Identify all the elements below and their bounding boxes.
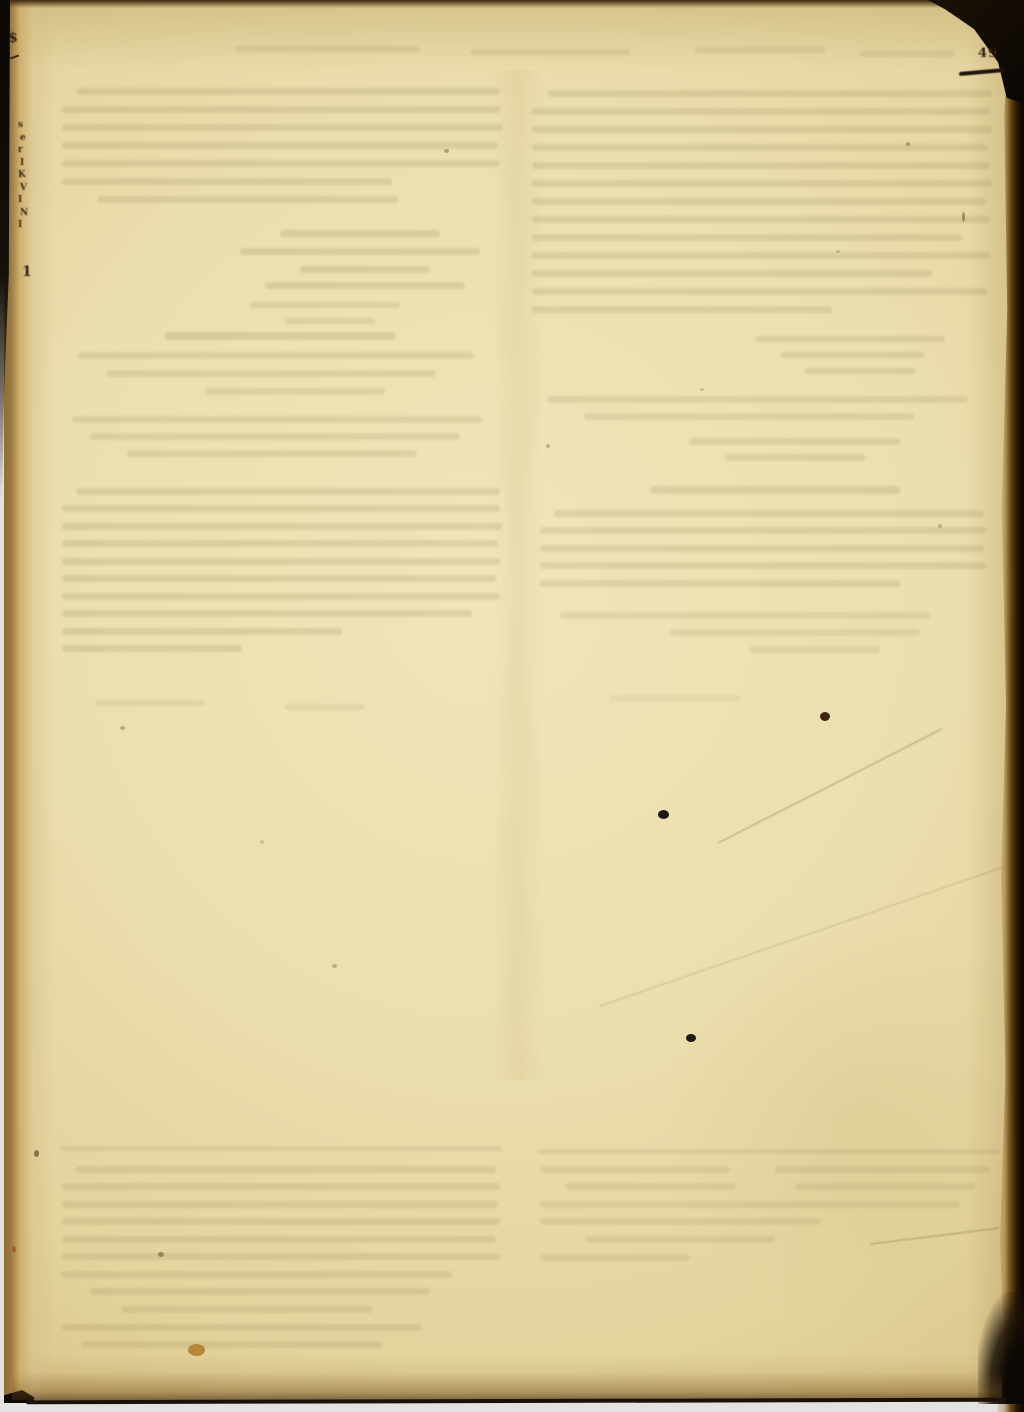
ghost-text-line (62, 645, 242, 652)
ghost-text-line (695, 47, 825, 53)
spine-glyph: e (20, 133, 26, 143)
ghost-text-line (540, 580, 900, 587)
ghost-text-line (240, 248, 480, 255)
spine-top-mark: $ (8, 30, 18, 46)
page-bottom-shadow (12, 1372, 1002, 1400)
spine-glyph: I (20, 158, 24, 168)
ghost-text-line (540, 1166, 730, 1173)
ghost-text-line (540, 1201, 960, 1208)
paper-speck (444, 149, 449, 153)
ghost-text-line (62, 1271, 452, 1278)
ghost-text-line (62, 178, 392, 185)
paper-speck (546, 444, 550, 448)
ghost-text-line (76, 1166, 496, 1173)
ghost-text-line (62, 1183, 500, 1190)
ghost-text-line (62, 610, 472, 617)
ghost-text-line (95, 700, 205, 706)
ghost-text-line (62, 540, 498, 547)
ghost-text-line (540, 1218, 820, 1225)
ghost-text-line (650, 486, 900, 494)
ghost-text-line (795, 1183, 975, 1190)
spine-glyph: r (18, 145, 23, 155)
ghost-text-line (285, 318, 375, 324)
ghost-text-line (62, 1236, 496, 1243)
ghost-text-line (585, 1236, 775, 1243)
ghost-text-line (62, 160, 500, 167)
spine-glyph: I (18, 195, 22, 205)
ghost-text-line (565, 1183, 735, 1190)
spine-glyph: V (20, 183, 27, 193)
ghost-text-line (62, 628, 342, 635)
ghost-text-line (122, 1306, 372, 1313)
paper-speck (158, 1252, 164, 1257)
ghost-text-line (540, 562, 986, 569)
paper-speck (34, 1150, 39, 1157)
ghost-text-line (540, 545, 984, 552)
ghost-text-line (470, 49, 630, 55)
ghost-text-line (670, 629, 920, 636)
ghost-text-line (62, 505, 500, 512)
ghost-text-line (532, 288, 988, 295)
ghost-text-line (755, 336, 945, 342)
ghost-text-line (584, 413, 914, 420)
ghost-text-line (205, 388, 385, 395)
spine-glyph: N (20, 208, 28, 218)
ghost-text-line (62, 558, 500, 565)
ghost-text-line (532, 162, 990, 169)
ghost-text-line (725, 454, 865, 461)
ghost-text-line (554, 510, 984, 517)
ghost-text-line (62, 142, 498, 149)
ghost-text-line (560, 612, 930, 619)
spine-bottom-mark: 1 (22, 264, 32, 280)
ghost-text-line (548, 90, 992, 97)
paper-speck (260, 840, 264, 844)
ghost-text-line (538, 1149, 1000, 1154)
spine-glyph: K (18, 170, 26, 180)
paper-speck (332, 964, 337, 968)
ghost-text-line (532, 216, 990, 223)
ghost-text-line (62, 106, 500, 113)
paper-speck (938, 524, 942, 528)
ghost-text-line (860, 51, 955, 57)
paper-speck (120, 726, 125, 730)
ghost-text-line (532, 108, 990, 115)
ghost-text-line (690, 438, 900, 445)
ghost-text-line (548, 396, 968, 403)
paper-speck (12, 1246, 16, 1253)
paper-speck (188, 1344, 205, 1356)
ghost-text-line (90, 433, 460, 440)
ghost-text-line (532, 126, 992, 133)
ghost-text-line (610, 695, 740, 701)
ghost-text-line (540, 527, 986, 534)
ghost-text-line (750, 646, 880, 653)
ghost-text-line (62, 575, 496, 582)
ghost-text-line (62, 1253, 500, 1260)
ghost-text-line (532, 180, 992, 187)
ghost-text-line (250, 302, 400, 308)
ghost-text-line (72, 416, 482, 423)
ghost-text-line (82, 1341, 382, 1348)
ghost-text-line (265, 282, 465, 289)
ghost-text-line (532, 234, 962, 241)
ghost-text-line (532, 306, 832, 313)
ghost-text-line (76, 88, 500, 95)
ghost-text-line (285, 704, 365, 710)
ghost-text-line (78, 352, 474, 359)
ghost-text-line (90, 1288, 430, 1295)
ghost-text-line (300, 266, 430, 273)
scan-top-edge (0, 0, 1024, 8)
ghost-text-line (775, 1166, 990, 1173)
ghost-text-line (62, 124, 502, 131)
ghost-text-line (532, 198, 986, 205)
paper-speck (906, 142, 910, 146)
spine-glyph: I (18, 220, 22, 230)
ghost-text-line (235, 46, 420, 52)
ghost-text-line (532, 144, 988, 151)
ghost-text-line (532, 252, 990, 259)
paper-speck (700, 388, 704, 391)
ghost-text-line (780, 352, 925, 358)
ghost-text-line (62, 1218, 500, 1225)
spine-glyph: s (18, 120, 23, 130)
ghost-text-line (127, 450, 417, 457)
ghost-text-line (106, 370, 436, 377)
ghost-text-line (805, 368, 915, 374)
ghost-text-line (62, 593, 500, 600)
ghost-text-line (280, 230, 440, 237)
paper-speck (962, 212, 965, 222)
page-number: 49 (978, 46, 998, 61)
ghost-text-line (98, 196, 398, 203)
paper-speck (820, 712, 830, 721)
ghost-text-line (165, 332, 395, 340)
scanned-book-page: 49 $ serIKVINI 1 (0, 0, 1024, 1412)
ghost-text-line (532, 270, 932, 277)
paper-speck (686, 1034, 696, 1042)
paper-speck (658, 810, 669, 819)
ghost-text-line (60, 1146, 502, 1151)
ghost-text-line (540, 1254, 690, 1261)
paper-speck (836, 250, 840, 253)
ghost-text-line (62, 523, 502, 530)
ghost-text-line (76, 488, 500, 495)
ghost-text-line (62, 1201, 498, 1208)
ghost-text-line (62, 1324, 422, 1331)
paper-stain (664, 912, 984, 1332)
